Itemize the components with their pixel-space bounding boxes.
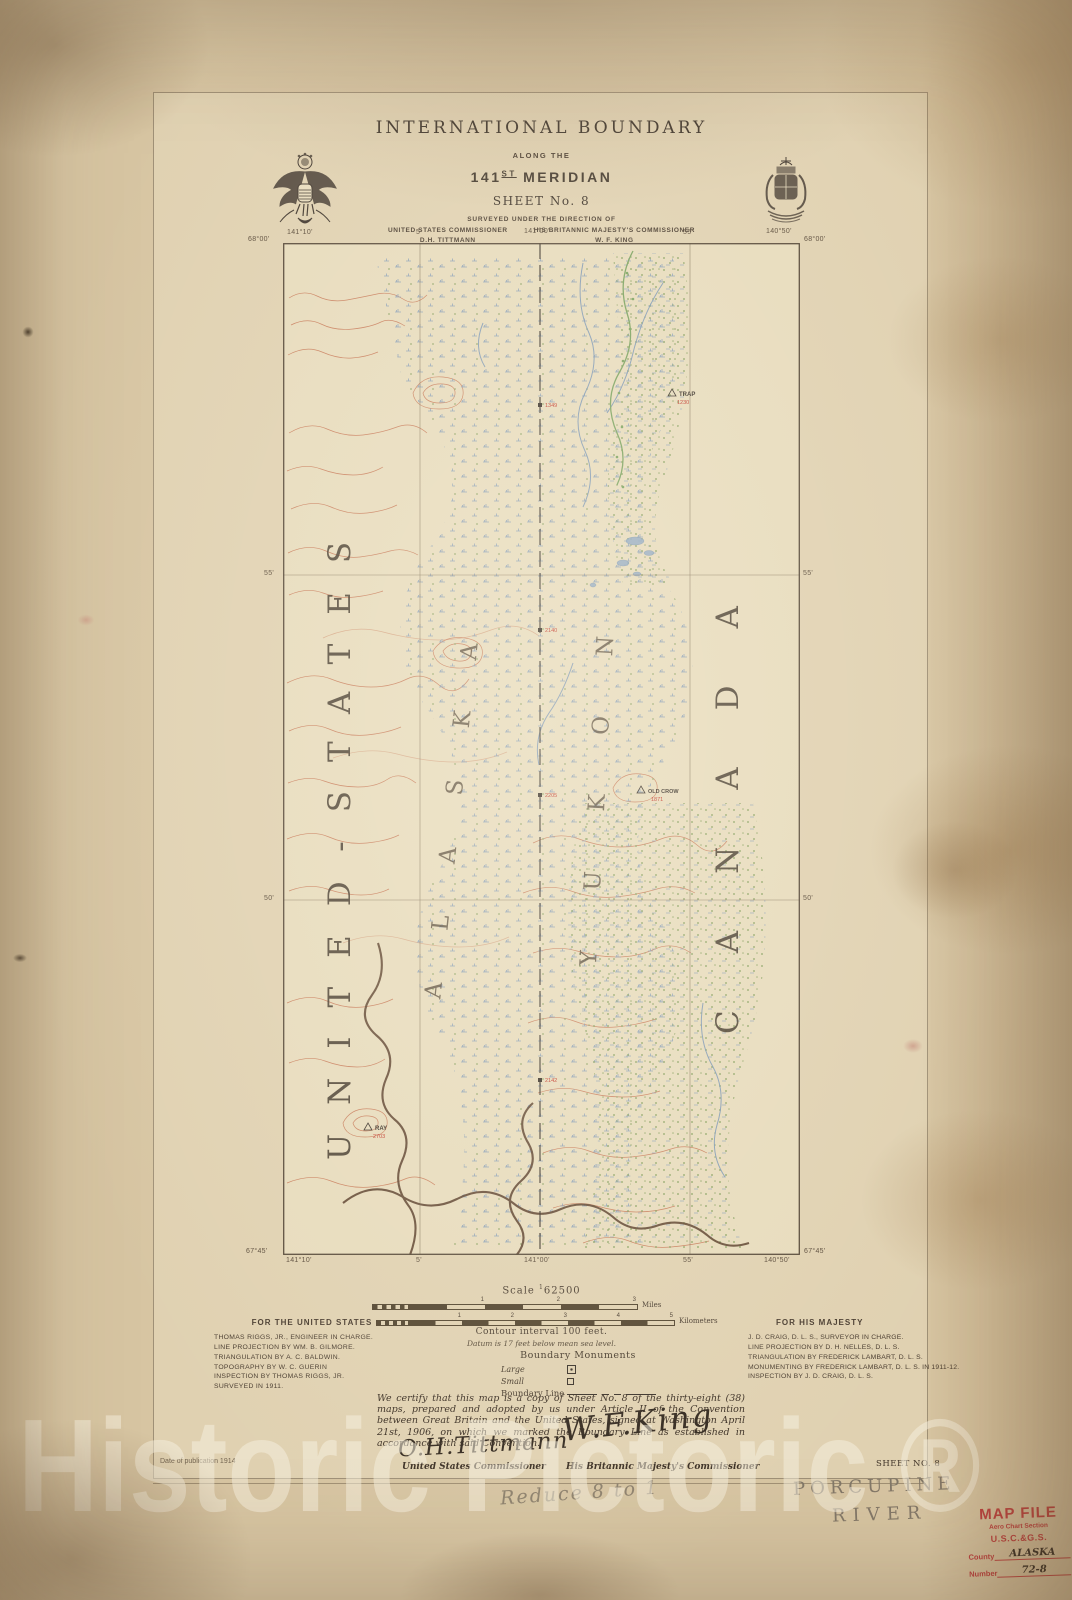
legend-small-label: Small [493,1377,567,1386]
title-block: INTERNATIONAL BOUNDARY ALONG THE 141ST M… [283,118,800,246]
lon-label: 5' [416,229,422,236]
lat-label: 67°45' [246,1248,268,1255]
lat-label: 68°00' [804,236,826,243]
meridian-title: 141ST MERIDIAN [283,169,800,185]
svg-text:2140: 2140 [545,628,557,634]
stamp-county-value: ALASKA [994,1546,1071,1561]
station-name: TRAP [679,392,695,398]
scale-km-unit: Kilometers [679,1317,718,1325]
lat-label: 68°00' [248,236,270,243]
credits-united-states: FOR THE UNITED STATES THOMAS RIGGS, JR.,… [214,1318,410,1392]
legend-large-label: Large [493,1365,567,1374]
us-great-seal-eagle [270,150,340,236]
lon-label: 141°00' [524,228,550,235]
lat-label: 55' [803,570,813,577]
stamp-title: MAP FILE [967,1503,1070,1524]
scale-bar-miles [408,1304,638,1310]
legend-boundary-monuments: Boundary Monuments Large Small Boundary … [493,1350,663,1399]
lon-label: 141°00' [524,1257,550,1264]
svg-text:1349: 1349 [545,403,557,409]
scale-miles-unit: Miles [642,1301,661,1309]
lat-label: 67°45' [804,1248,826,1255]
credits-us-heading: FOR THE UNITED STATES [214,1318,410,1327]
scale-bar-miles-subdivision [372,1304,410,1310]
credits-us-lines: THOMAS RIGGS, JR., ENGINEER IN CHARGE.LI… [214,1333,410,1392]
credits-his-majesty: FOR HIS MAJESTY J. D. CRAIG, D. L. S., S… [748,1318,964,1382]
small-monument-symbol [567,1378,574,1385]
lon-label: 140°50' [764,1257,790,1264]
direction-note: SURVEYED UNDER THE DIRECTION OF [283,216,800,223]
region-label-united-states: UNITED-STATES [322,332,358,1160]
lat-label: 55' [264,570,274,577]
pencil-note-river: RIVER [832,1502,928,1526]
us-signature-caption: United States Commissioner [402,1462,546,1472]
lon-label: 141°10' [286,1257,312,1264]
publication-date-note: Date of publication 1914 [160,1458,236,1465]
lon-label: 55' [683,1257,693,1264]
lat-label: 50' [264,895,274,902]
map-subtitle: ALONG THE [283,151,800,160]
lon-label: 55' [683,229,693,236]
legend-heading: Boundary Monuments [493,1350,663,1362]
lon-label: 140°50' [766,228,792,235]
uk-commissioner: HIS BRITANNIC MAJESTY'S COMMISSIONER W. … [534,226,695,246]
sheet-number-footer: SHEET NO. 8 [876,1459,940,1469]
lon-label: 5' [416,1257,422,1264]
credits-uk-heading: FOR HIS MAJESTY [748,1318,964,1327]
svg-text:2142: 2142 [545,1078,557,1084]
scale-bar-km [408,1320,675,1326]
uk-signature-caption: His Britannic Majesty's Commissioner [566,1462,759,1472]
map-title: INTERNATIONAL BOUNDARY [283,118,800,138]
royal-arms-seal [760,153,812,225]
stamp-agency: U.S.C.&G.S. [968,1531,1070,1545]
us-commissioner: UNITED STATES COMMISSIONER D.H. TITTMANN [388,226,508,246]
lon-label: 141°10' [287,229,313,236]
svg-text:2205: 2205 [545,793,557,799]
pencil-note-reduce: Reduce 8 to 1 [499,1476,659,1509]
station-elevation: 1871 [651,797,663,803]
stamp-county-label: County [968,1552,994,1562]
scale-statement: Scale 162500 [283,1284,800,1296]
lat-label: 50' [803,895,813,902]
credits-uk-lines: J. D. CRAIG, D. L. S., SURVEYOR IN CHARG… [748,1333,964,1382]
large-monument-symbol [567,1365,576,1374]
station-elevation: 1230 [677,400,689,406]
pencil-note-porcupine: PORCUPINE [793,1473,956,1500]
stamp-number-value: 72-8 [997,1563,1071,1578]
historic-map-scan: { "watermark": { "text": "Historic Picto… [0,0,1072,1600]
region-label-canada: CANADA [710,498,746,1034]
station-name: RAY [375,1126,387,1132]
station-elevation: 2703 [373,1134,385,1140]
sheet-number-title: SHEET No. 8 [283,194,800,208]
stamp-number-label: Number [969,1569,998,1579]
scale-bar-miles-numbers: 123 [408,1297,636,1303]
station-name: OLD CROW [648,789,679,795]
scale-bar-km-numbers: 12345 [408,1313,673,1319]
map-file-stamp: MAP FILE Aero Chart Section U.S.C.&G.S. … [967,1503,1071,1579]
